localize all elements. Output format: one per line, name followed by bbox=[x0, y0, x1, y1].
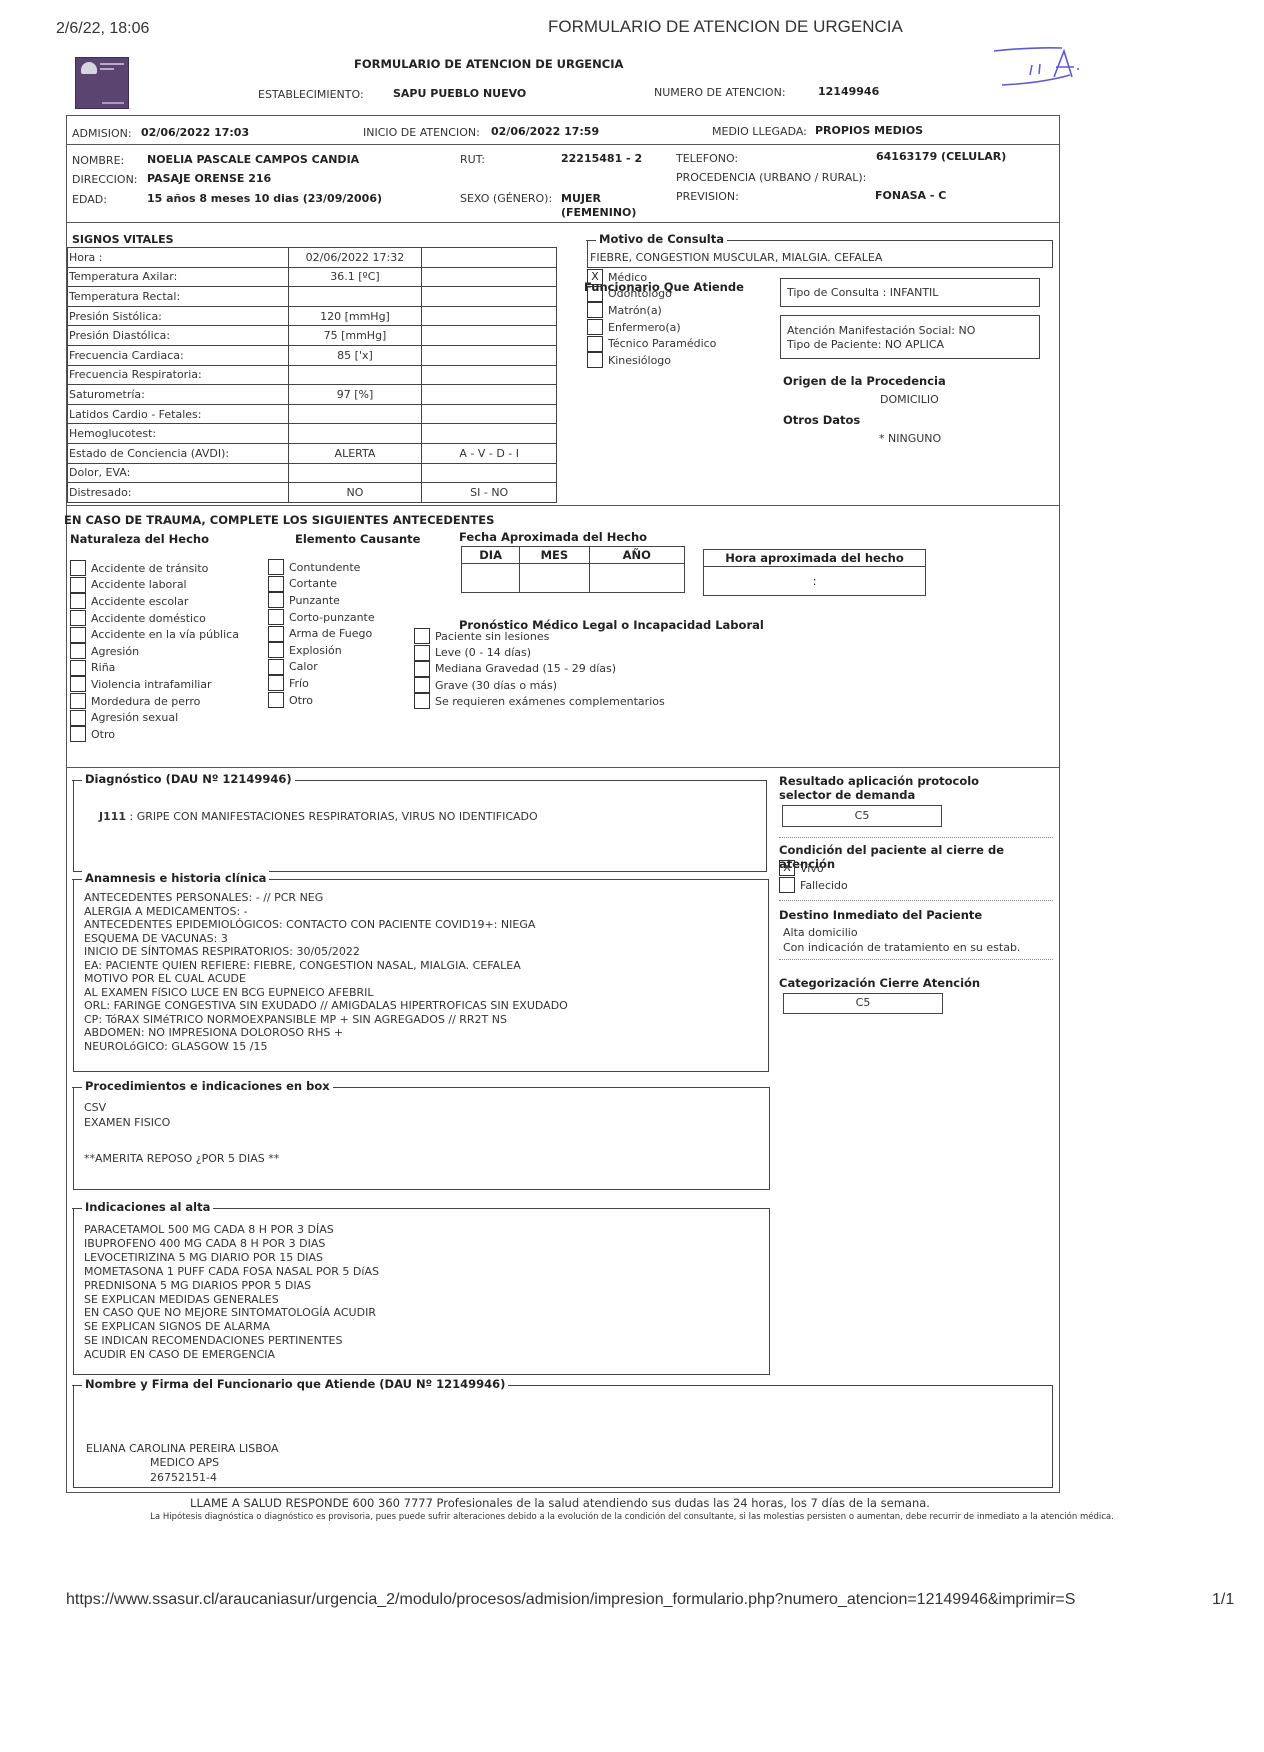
vitals-label: Latidos Cardio - Fetales: bbox=[68, 404, 289, 424]
text-line: ALERGIA A MEDICAMENTOS: - bbox=[84, 905, 568, 919]
nombre-label: NOMBRE: bbox=[72, 154, 124, 167]
resultado-title-2: selector de demanda bbox=[779, 788, 915, 802]
naturaleza-checkbox[interactable] bbox=[70, 643, 86, 659]
vitals-row: Temperatura Axilar:36.1 [ºC] bbox=[68, 267, 557, 287]
prevision-label: PREVISION: bbox=[676, 190, 739, 203]
vitals-value: 36.1 [ºC] bbox=[288, 267, 422, 287]
naturaleza-checkbox[interactable] bbox=[70, 726, 86, 742]
atencion-social-text: Atención Manifestación Social: NO bbox=[787, 324, 975, 337]
categorizacion-title: Categorización Cierre Atención bbox=[779, 976, 980, 990]
funcionario-checkbox[interactable] bbox=[587, 336, 603, 352]
text-line bbox=[84, 1130, 279, 1141]
naturaleza-checkbox[interactable] bbox=[70, 676, 86, 692]
prevision-value: FONASA - C bbox=[875, 189, 946, 202]
naturaleza-label: Accidente escolar bbox=[91, 595, 188, 608]
vitals-row: Latidos Cardio - Fetales: bbox=[68, 404, 557, 424]
naturaleza-title: Naturaleza del Hecho bbox=[70, 532, 209, 546]
vitals-row: Distresado:NOSI - NO bbox=[68, 483, 557, 503]
form-title: FORMULARIO DE ATENCION DE URGENCIA bbox=[354, 57, 623, 71]
naturaleza-checkbox[interactable] bbox=[70, 610, 86, 626]
page-number: 1/1 bbox=[1212, 1591, 1234, 1609]
elemento-label: Arma de Fuego bbox=[289, 627, 372, 640]
text-line: INICIO DE SÍNTOMAS RESPIRATORIOS: 30/05/… bbox=[84, 945, 568, 959]
anamnesis-text: ANTECEDENTES PERSONALES: - // PCR NEGALE… bbox=[84, 891, 568, 1053]
rut-value: 22215481 - 2 bbox=[561, 152, 642, 165]
anamnesis-title: Anamnesis e historia clínica bbox=[82, 871, 269, 885]
vitals-extra bbox=[422, 345, 557, 365]
vitals-row: Frecuencia Cardiaca:85 ['x] bbox=[68, 345, 557, 365]
vitals-extra bbox=[422, 404, 557, 424]
funcionario-label: Matrón(a) bbox=[608, 304, 662, 317]
pronostico-checkbox[interactable] bbox=[414, 661, 430, 677]
vitals-label: Frecuencia Cardiaca: bbox=[68, 345, 289, 365]
trauma-title: EN CASO DE TRAUMA, COMPLETE LOS SIGUIENT… bbox=[64, 513, 494, 527]
firma-title: Nombre y Firma del Funcionario que Atien… bbox=[82, 1377, 508, 1391]
fecha-dia-field[interactable] bbox=[462, 564, 520, 593]
admision-value: 02/06/2022 17:03 bbox=[141, 126, 249, 139]
text-line: EA: PACIENTE QUIEN REFIERE: FIEBRE, CONG… bbox=[84, 959, 568, 973]
fecha-mes-header: MES bbox=[520, 547, 589, 564]
elemento-label: Calor bbox=[289, 660, 318, 673]
elemento-label: Otro bbox=[289, 694, 313, 707]
indicaciones-title: Indicaciones al alta bbox=[82, 1200, 213, 1214]
indicaciones-text: PARACETAMOL 500 MG CADA 8 H POR 3 DÍASIB… bbox=[84, 1223, 379, 1362]
diagnostico-description: : GRIPE CON MANIFESTACIONES RESPIRATORIA… bbox=[126, 810, 538, 823]
form-sheet: ADMISION: 02/06/2022 17:03 INICIO DE ATE… bbox=[66, 115, 1060, 1493]
text-line: LEVOCETIRIZINA 5 MG DIARIO POR 15 DIAS bbox=[84, 1251, 379, 1265]
vitals-extra: SI - NO bbox=[422, 483, 557, 503]
vitals-extra: A - V - D - I bbox=[422, 443, 557, 463]
vitals-value: 97 [%] bbox=[288, 385, 422, 405]
funcionario-checkbox[interactable]: X bbox=[587, 269, 603, 285]
elemento-label: Corto-punzante bbox=[289, 611, 375, 624]
tipo-paciente-text: Tipo de Paciente: NO APLICA bbox=[787, 338, 944, 351]
tipo-consulta-text: Tipo de Consulta : INFANTIL bbox=[787, 286, 938, 299]
motivo-consulta-title: Motivo de Consulta bbox=[596, 232, 727, 246]
elemento-checkbox[interactable] bbox=[268, 642, 284, 658]
coat-of-arms-icon bbox=[81, 62, 97, 74]
elemento-checkbox[interactable] bbox=[268, 592, 284, 608]
vitals-label: Distresado: bbox=[68, 483, 289, 503]
pronostico-label: Paciente sin lesiones bbox=[435, 630, 549, 643]
vitals-label: Dolor, EVA: bbox=[68, 463, 289, 483]
establecimiento-label: ESTABLECIMIENTO: bbox=[258, 88, 364, 101]
elemento-checkbox[interactable] bbox=[268, 576, 284, 592]
text-line bbox=[84, 1141, 279, 1152]
vitals-value: 85 ['x] bbox=[288, 345, 422, 365]
vitals-label: Frecuencia Respiratoria: bbox=[68, 365, 289, 385]
vitals-row: Frecuencia Respiratoria: bbox=[68, 365, 557, 385]
text-line: SE INDICAN RECOMENDACIONES PERTINENTES bbox=[84, 1334, 379, 1348]
anamnesis-box: Anamnesis e historia clínica ANTECEDENTE… bbox=[73, 879, 769, 1072]
establecimiento-value: SAPU PUEBLO NUEVO bbox=[393, 87, 526, 100]
salud-responde-notice: LLAME A SALUD RESPONDE 600 360 7777 Prof… bbox=[60, 1496, 1060, 1510]
elemento-label: Punzante bbox=[289, 594, 340, 607]
naturaleza-label: Otro bbox=[91, 728, 115, 741]
origen-title: Origen de la Procedencia bbox=[783, 374, 946, 388]
elemento-checkbox[interactable] bbox=[268, 675, 284, 691]
naturaleza-checkbox[interactable] bbox=[70, 577, 86, 593]
naturaleza-option[interactable]: Otro bbox=[70, 725, 115, 744]
text-line: IBUPROFENO 400 MG CADA 8 H POR 3 DIAS bbox=[84, 1237, 379, 1251]
naturaleza-checkbox[interactable] bbox=[70, 593, 86, 609]
text-line: ORL: FARINGE CONGESTIVA SIN EXUDADO // A… bbox=[84, 999, 568, 1013]
naturaleza-label: Accidente laboral bbox=[91, 578, 187, 591]
hora-hecho-table: Hora aproximada del hecho : bbox=[703, 549, 926, 596]
funcionario-label: Odontólogo bbox=[608, 287, 672, 300]
print-page-title: FORMULARIO DE ATENCION DE URGENCIA bbox=[548, 17, 903, 37]
naturaleza-label: Accidente doméstico bbox=[91, 612, 206, 625]
pronostico-label: Grave (30 días o más) bbox=[435, 679, 557, 692]
text-line: SE EXPLICAN MEDIDAS GENERALES bbox=[84, 1293, 379, 1307]
numero-atencion-label: NUMERO DE ATENCION: bbox=[654, 86, 786, 99]
text-line: MOTIVO POR EL CUAL ACUDE bbox=[84, 972, 568, 986]
destino-line-2: Con indicación de tratamiento en su esta… bbox=[783, 941, 1020, 954]
edad-value: 15 años 8 meses 10 dias (23/09/2006) bbox=[147, 192, 382, 205]
vitals-extra bbox=[422, 326, 557, 346]
diagnostico-box: Diagnóstico (DAU Nº 12149946) J111 : GRI… bbox=[73, 780, 767, 872]
condicion-option[interactable]: Fallecido bbox=[779, 876, 848, 895]
vitals-extra bbox=[422, 287, 557, 307]
tipo-consulta-box: Tipo de Consulta : INFANTIL bbox=[780, 278, 1040, 307]
naturaleza-label: Accidente de tránsito bbox=[91, 562, 208, 575]
motivo-consulta-box: Motivo de Consulta FIEBRE, CONGESTION MU… bbox=[587, 240, 1053, 268]
vitals-value: 02/06/2022 17:32 bbox=[288, 248, 422, 268]
condicion-checkbox[interactable]: X bbox=[779, 860, 795, 876]
naturaleza-checkbox[interactable] bbox=[70, 627, 86, 643]
categorizacion-value: C5 bbox=[783, 993, 943, 1014]
procedimientos-title: Procedimientos e indicaciones en box bbox=[82, 1079, 333, 1093]
naturaleza-label: Agresión bbox=[91, 645, 139, 658]
vitals-value: 120 [mmHg] bbox=[288, 306, 422, 326]
indicaciones-box: Indicaciones al alta PARACETAMOL 500 MG … bbox=[73, 1208, 770, 1375]
text-line: ACUDIR EN CASO DE EMERGENCIA bbox=[84, 1348, 379, 1362]
otros-datos-value: * NINGUNO bbox=[879, 432, 941, 445]
elemento-label: Contundente bbox=[289, 561, 360, 574]
direccion-value: PASAJE ORENSE 216 bbox=[147, 172, 271, 185]
admision-label: ADMISION: bbox=[72, 127, 132, 140]
naturaleza-checkbox[interactable] bbox=[70, 560, 86, 576]
rut-label: RUT: bbox=[460, 153, 485, 166]
text-line: AL EXAMEN FíSICO LUCE EN BCG EUPNEICO AF… bbox=[84, 986, 568, 1000]
pronostico-label: Leve (0 - 14 días) bbox=[435, 646, 531, 659]
text-line: **AMERITA REPOSO ¿POR 5 DIAS ** bbox=[84, 1152, 279, 1167]
print-datetime: 2/6/22, 18:06 bbox=[56, 20, 149, 38]
funcionario-label: Médico bbox=[608, 271, 647, 284]
funcionario-option[interactable]: Kinesiólogo bbox=[587, 351, 671, 370]
elemento-checkbox[interactable] bbox=[268, 659, 284, 675]
elemento-checkbox[interactable] bbox=[268, 609, 284, 625]
vitals-value bbox=[288, 424, 422, 444]
vitals-extra bbox=[422, 306, 557, 326]
fecha-mes-field[interactable] bbox=[520, 564, 589, 593]
vitals-row: Dolor, EVA: bbox=[68, 463, 557, 483]
text-line: PREDNISONA 5 MG DIARIOS PPOR 5 DIAS bbox=[84, 1279, 379, 1293]
naturaleza-checkbox[interactable] bbox=[70, 693, 86, 709]
sexo-value: MUJER bbox=[561, 192, 601, 205]
text-line: ANTECEDENTES PERSONALES: - // PCR NEG bbox=[84, 891, 568, 905]
naturaleza-checkbox[interactable] bbox=[70, 660, 86, 676]
inicio-atencion-label: INICIO DE ATENCION: bbox=[363, 126, 480, 139]
vitals-value: NO bbox=[288, 483, 422, 503]
handwritten-annotation bbox=[992, 45, 1102, 95]
vitals-row: Estado de Conciencia (AVDI):ALERTAA - V … bbox=[68, 443, 557, 463]
elemento-label: Frío bbox=[289, 677, 309, 690]
inicio-atencion-value: 02/06/2022 17:59 bbox=[491, 125, 599, 138]
medio-llegada-label: MEDIO LLEGADA: bbox=[712, 125, 807, 138]
elemento-label: Explosión bbox=[289, 644, 342, 657]
condicion-option[interactable]: XVivo bbox=[779, 859, 824, 878]
sexo-value-2: (FEMENINO) bbox=[561, 206, 636, 219]
diagnostico-code: J111 bbox=[99, 810, 126, 823]
vitals-title: SIGNOS VITALES bbox=[72, 233, 174, 246]
otros-datos-title: Otros Datos bbox=[783, 413, 860, 427]
text-line: MOMETASONA 1 PUFF CADA FOSA NASAL POR 5 … bbox=[84, 1265, 379, 1279]
vitals-row: Presión Sistólica:120 [mmHg] bbox=[68, 306, 557, 326]
medio-llegada-value: PROPIOS MEDIOS bbox=[815, 124, 923, 137]
resultado-value: C5 bbox=[782, 805, 942, 827]
pronostico-checkbox[interactable] bbox=[414, 628, 430, 644]
text-line: ESQUEMA DE VACUNAS: 3 bbox=[84, 932, 568, 946]
elemento-checkbox[interactable] bbox=[268, 626, 284, 642]
text-line: ABDOMEN: NO IMPRESIONA DOLOROSO RHS + bbox=[84, 1026, 568, 1040]
vitals-label: Estado de Conciencia (AVDI): bbox=[68, 443, 289, 463]
pronostico-label: Se requieren exámenes complementarios bbox=[435, 695, 665, 708]
vitals-extra bbox=[422, 424, 557, 444]
vitals-extra bbox=[422, 365, 557, 385]
vitals-extra bbox=[422, 463, 557, 483]
fecha-hecho-table: DIA MES AÑO bbox=[461, 546, 685, 593]
fecha-anio-field[interactable] bbox=[589, 564, 684, 593]
vitals-extra bbox=[422, 267, 557, 287]
vitals-label: Temperatura Rectal: bbox=[68, 287, 289, 307]
fecha-dia-header: DIA bbox=[462, 547, 520, 564]
condicion-label: Vivo bbox=[800, 862, 824, 875]
telefono-value: 64163179 (CELULAR) bbox=[876, 150, 1006, 163]
text-line: CSV bbox=[84, 1101, 279, 1116]
vitals-row: Hemoglucotest: bbox=[68, 424, 557, 444]
elemento-title: Elemento Causante bbox=[295, 532, 420, 546]
text-line: EN CASO QUE NO MEJORE SINTOMATOLOGÍA ACU… bbox=[84, 1306, 379, 1320]
pronostico-option[interactable]: Se requieren exámenes complementarios bbox=[414, 692, 665, 711]
elemento-checkbox[interactable] bbox=[268, 559, 284, 575]
vitals-row: Temperatura Rectal: bbox=[68, 287, 557, 307]
numero-atencion-value: 12149946 bbox=[818, 85, 879, 98]
nombre-value: NOELIA PASCALE CAMPOS CANDIA bbox=[147, 153, 359, 166]
pronostico-checkbox[interactable] bbox=[414, 645, 430, 661]
text-line: CP: TóRAX SIMéTRICO NORMOEXPANSIBLE MP +… bbox=[84, 1013, 568, 1027]
origen-value: DOMICILIO bbox=[880, 393, 939, 406]
condicion-label: Fallecido bbox=[800, 879, 848, 892]
vitals-row: Presión Diastólica:75 [mmHg] bbox=[68, 326, 557, 346]
vitals-extra bbox=[422, 385, 557, 405]
atencion-social-box: Atención Manifestación Social: NO Tipo d… bbox=[780, 315, 1040, 359]
fecha-anio-header: AÑO bbox=[589, 547, 684, 564]
destino-title: Destino Inmediato del Paciente bbox=[779, 908, 982, 922]
vitals-label: Presión Diastólica: bbox=[68, 326, 289, 346]
procedimientos-box: Procedimientos e indicaciones en box CSV… bbox=[73, 1087, 770, 1190]
diagnostico-title: Diagnóstico (DAU Nº 12149946) bbox=[82, 772, 295, 786]
motivo-consulta-text: FIEBRE, CONGESTION MUSCULAR, MIALGIA. CE… bbox=[590, 251, 882, 265]
pronostico-label: Mediana Gravedad (15 - 29 días) bbox=[435, 662, 616, 675]
diagnostico-text: J111 : GRIPE CON MANIFESTACIONES RESPIRA… bbox=[78, 796, 538, 837]
elemento-checkbox[interactable] bbox=[268, 692, 284, 708]
hora-hecho-header: Hora aproximada del hecho bbox=[704, 550, 926, 567]
condicion-checkbox[interactable] bbox=[779, 877, 795, 893]
ministry-logo bbox=[75, 57, 129, 109]
firma-box: Nombre y Firma del Funcionario que Atien… bbox=[73, 1385, 1053, 1488]
funcionario-label: Técnico Paramédico bbox=[608, 337, 716, 350]
naturaleza-label: Violencia intrafamiliar bbox=[91, 678, 212, 691]
vitals-row: Saturometría:97 [%] bbox=[68, 385, 557, 405]
vitals-label: Hora : bbox=[68, 248, 289, 268]
naturaleza-label: Accidente en la vía pública bbox=[91, 628, 239, 641]
telefono-label: TELEFONO: bbox=[676, 152, 738, 165]
vitals-value: ALERTA bbox=[288, 443, 422, 463]
text-line: SE EXPLICAN SIGNOS DE ALARMA bbox=[84, 1320, 379, 1334]
text-line: ANTECEDENTES EPIDEMIOLÓGICOS: CONTACTO C… bbox=[84, 918, 568, 932]
elemento-option[interactable]: Otro bbox=[268, 691, 313, 710]
hora-hecho-field[interactable]: : bbox=[704, 567, 926, 596]
funcionario-label: Enfermero(a) bbox=[608, 321, 681, 334]
vitals-row: Hora :02/06/2022 17:32 bbox=[68, 248, 557, 268]
sexo-label: SEXO (GÉNERO): bbox=[460, 192, 552, 205]
vitals-value bbox=[288, 287, 422, 307]
text-line: NEUROLóGICO: GLASGOW 15 /15 bbox=[84, 1040, 568, 1054]
vitals-value bbox=[288, 463, 422, 483]
funcionario-checkbox[interactable] bbox=[587, 286, 603, 302]
naturaleza-label: Riña bbox=[91, 661, 115, 674]
naturaleza-checkbox[interactable] bbox=[70, 710, 86, 726]
print-url: https://www.ssasur.cl/araucaniasur/urgen… bbox=[66, 1591, 1075, 1609]
naturaleza-label: Agresión sexual bbox=[91, 711, 178, 724]
vitals-value bbox=[288, 404, 422, 424]
resultado-title-1: Resultado aplicación protocolo bbox=[779, 774, 979, 788]
vitals-label: Hemoglucotest: bbox=[68, 424, 289, 444]
text-line: PARACETAMOL 500 MG CADA 8 H POR 3 DÍAS bbox=[84, 1223, 379, 1237]
firma-cargo: MEDICO APS bbox=[150, 1456, 219, 1469]
vitals-label: Temperatura Axilar: bbox=[68, 267, 289, 287]
vitals-label: Saturometría: bbox=[68, 385, 289, 405]
procedimientos-text: CSVEXAMEN FISICO**AMERITA REPOSO ¿POR 5 … bbox=[84, 1101, 279, 1167]
vitals-value bbox=[288, 365, 422, 385]
pronostico-checkbox[interactable] bbox=[414, 677, 430, 693]
edad-label: EDAD: bbox=[72, 193, 107, 206]
vitals-extra bbox=[422, 248, 557, 268]
firma-nombre: ELIANA CAROLINA PEREIRA LISBOA bbox=[86, 1442, 279, 1455]
funcionario-checkbox[interactable] bbox=[587, 352, 603, 368]
vitals-table: Hora :02/06/2022 17:32Temperatura Axilar… bbox=[67, 247, 557, 503]
pronostico-checkbox[interactable] bbox=[414, 693, 430, 709]
procedencia-label: PROCEDENCIA (URBANO / RURAL): bbox=[676, 171, 866, 184]
funcionario-checkbox[interactable] bbox=[587, 302, 603, 318]
destino-line-1: Alta domicilio bbox=[783, 926, 858, 939]
funcionario-checkbox[interactable] bbox=[587, 319, 603, 335]
text-line: EXAMEN FISICO bbox=[84, 1116, 279, 1131]
direccion-label: DIRECCION: bbox=[72, 173, 138, 186]
naturaleza-label: Mordedura de perro bbox=[91, 695, 200, 708]
funcionario-label: Kinesiólogo bbox=[608, 354, 671, 367]
firma-rut: 26752151-4 bbox=[150, 1471, 217, 1484]
diagnosis-disclaimer: La Hipótesis diagnóstica o diagnóstico e… bbox=[60, 1512, 1204, 1522]
elemento-label: Cortante bbox=[289, 577, 337, 590]
fecha-hecho-title: Fecha Aproximada del Hecho bbox=[459, 530, 647, 544]
vitals-value: 75 [mmHg] bbox=[288, 326, 422, 346]
vitals-label: Presión Sistólica: bbox=[68, 306, 289, 326]
